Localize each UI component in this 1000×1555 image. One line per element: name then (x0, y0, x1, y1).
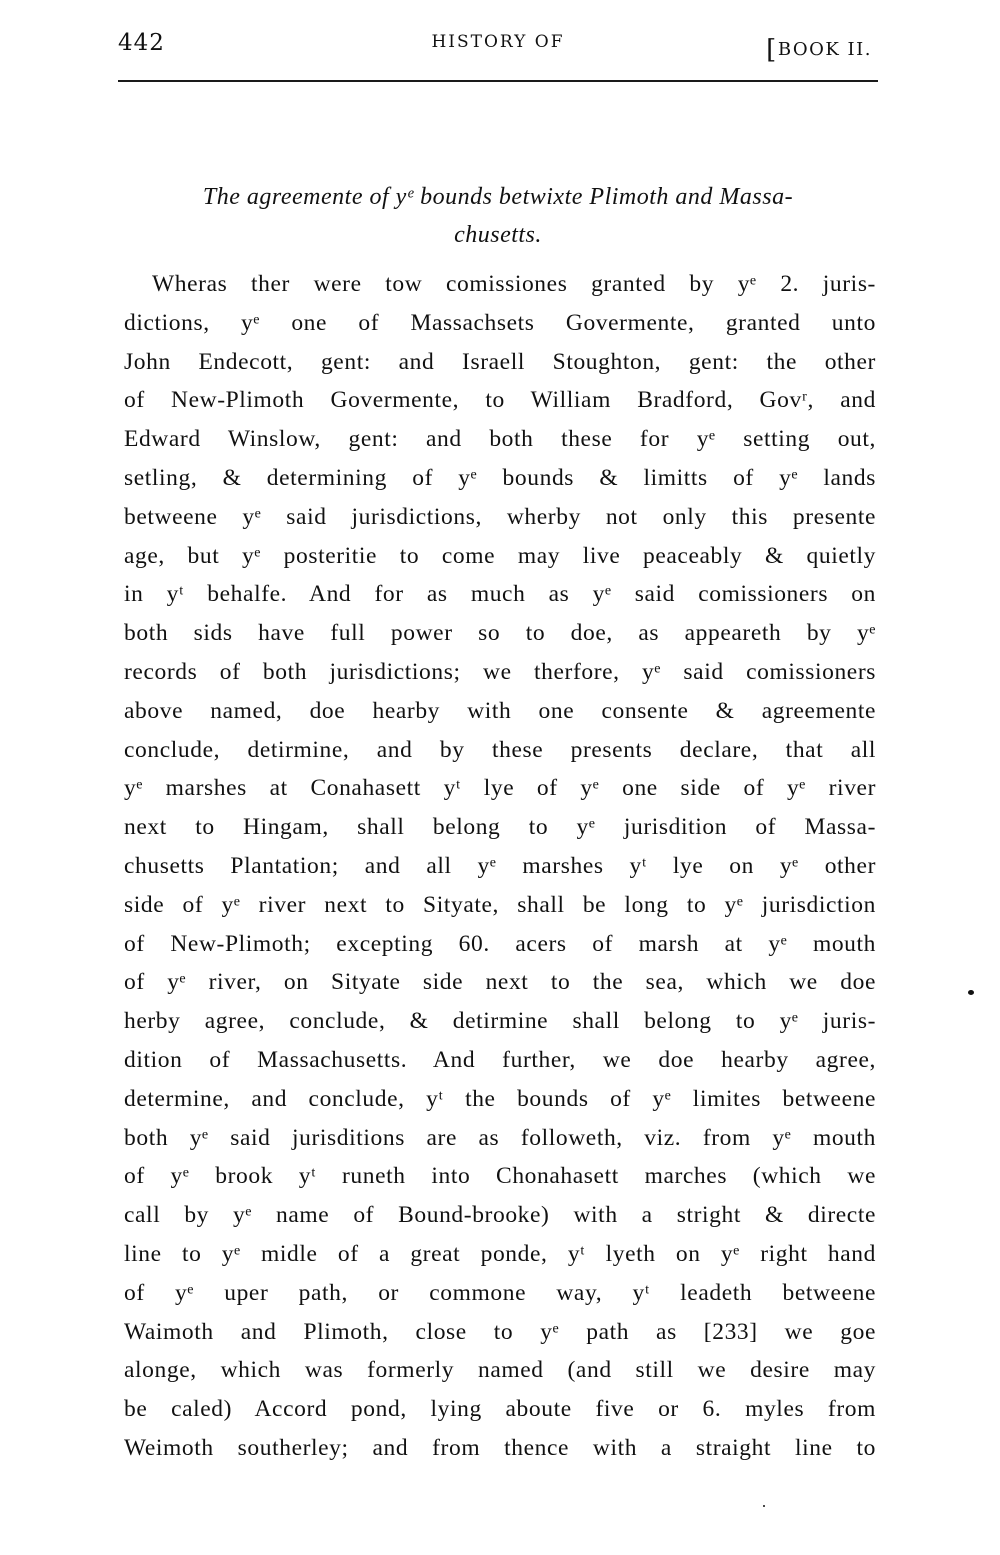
scan-speck (763, 1505, 765, 1507)
text-line: chusetts Plantation; and all yᵉ marshes … (124, 847, 876, 886)
text-line: setling, & determining of yᵉ bounds & li… (124, 459, 876, 498)
section-title-line-2: chusetts. (118, 216, 878, 254)
text-line: age, but yᵉ posteritie to come may live … (124, 537, 876, 576)
text-line: of yᵉ brook yᵗ runeth into Chonahasett m… (124, 1157, 876, 1196)
text-line: determine, and conclude, yᵗ the bounds o… (124, 1080, 876, 1119)
text-line: both sids have full power so to doe, as … (124, 614, 876, 653)
text-line: Weimoth southerley; and from thence with… (124, 1429, 876, 1468)
running-title: HISTORY OF (118, 32, 878, 52)
text-line: of New-Plimoth; excepting 60. acers of m… (124, 925, 876, 964)
text-line: dition of Massachusetts. And further, we… (124, 1041, 876, 1080)
text-line: dictions, yᵉ one of Massachsets Govermen… (124, 304, 876, 343)
text-line: John Endecott, gent: and Israell Stought… (124, 343, 876, 382)
header-rule (118, 80, 878, 82)
text-line: of yᵉ river, on Sityate side next to the… (124, 963, 876, 1002)
text-line: side of yᵉ river next to Sityate, shall … (124, 886, 876, 925)
book-number: BOOK II. (778, 39, 872, 60)
text-line: above named, doe hearby with one consent… (124, 692, 876, 731)
book-label: [BOOK II. (766, 32, 872, 62)
text-line: of yᵉ uper path, or commone way, yᵗ lead… (124, 1274, 876, 1313)
text-line: Wheras ther were tow comissiones granted… (124, 265, 876, 304)
text-line: records of both jurisdictions; we therfo… (124, 653, 876, 692)
section-title-line-1: The agreemente of yᵉ bounds betwixte Pli… (118, 178, 878, 216)
text-line: herby agree, conclude, & detirmine shall… (124, 1002, 876, 1041)
text-line: Edward Winslow, gent: and both these for… (124, 420, 876, 459)
text-line: in yᵗ behalfe. And for as much as yᵉ sai… (124, 575, 876, 614)
text-line: line to yᵉ midle of a great ponde, yᵗ ly… (124, 1235, 876, 1274)
section-title: The agreemente of yᵉ bounds betwixte Pli… (118, 178, 878, 254)
text-line: of New-Plimoth Govermente, to William Br… (124, 381, 876, 420)
text-line: yᵉ marshes at Conahasett yᵗ lye of yᵉ on… (124, 769, 876, 808)
bracket-glyph: [ (766, 35, 778, 65)
text-line: Waimoth and Plimoth, close to yᵉ path as… (124, 1313, 876, 1352)
text-line: be caled) Accord pond, lying aboute five… (124, 1390, 876, 1429)
body-text: Wheras ther were tow comissiones granted… (124, 265, 876, 1468)
text-line: both yᵉ said jurisditions are as followe… (124, 1119, 876, 1158)
text-line: betweene yᵉ said jurisdictions, wherby n… (124, 498, 876, 537)
text-line: conclude, detirmine, and by these presen… (124, 731, 876, 770)
text-line: next to Hingam, shall belong to yᵉ juris… (124, 808, 876, 847)
text-line: alonge, which was formerly named (and st… (124, 1351, 876, 1390)
running-head: 442 HISTORY OF [BOOK II. (118, 30, 878, 66)
scan-speck (968, 990, 974, 995)
text-line: call by yᵉ name of Bound-brooke) with a … (124, 1196, 876, 1235)
